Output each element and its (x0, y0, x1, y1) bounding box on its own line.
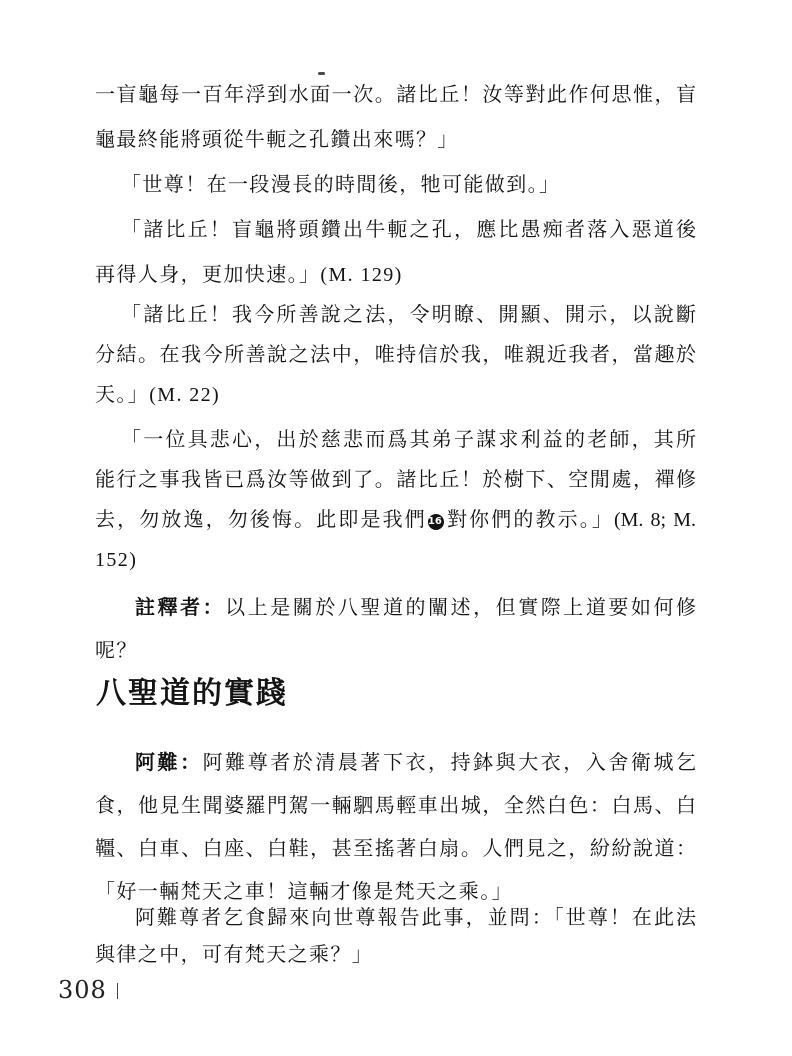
scan-artifact-dot (318, 72, 325, 75)
body-line: 「一位具悲心，出於慈悲而爲其弟子謀求利益的老師，其所 (95, 425, 696, 455)
body-text: 以上是關於八聖道的闡述，但實際上道要如何修 (225, 597, 696, 619)
footnote-marker-16: 16 (428, 514, 444, 530)
body-line: 能行之事我皆已爲汝等做到了。諸比丘！於樹下、空閒處，禪修 (95, 465, 696, 495)
body-line: 註釋者：以上是關於八聖道的闡述，但實際上道要如何修 (95, 593, 696, 623)
speaker-label-commentator: 註釋者： (135, 597, 225, 619)
body-line: 呢？ (95, 636, 696, 666)
body-line-with-citation: 天。」(M. 22) (95, 380, 696, 410)
book-page: 一盲龜每一百年浮到水面一次。諸比丘！汝等對此作何思惟，盲 龜最終能將頭從牛軛之孔… (0, 0, 792, 1056)
body-line: 阿難：阿難尊者於清晨著下衣，持鉢與大衣，入舍衛城乞 (95, 748, 696, 778)
page-number: 308 (58, 976, 107, 1004)
body-line: 去，勿放逸，勿後悔。此即是我們16對你們的教示。」(M. 8; M. (95, 505, 696, 535)
speaker-label-ananda: 阿難： (135, 752, 203, 774)
body-text: 阿難尊者於清晨著下衣，持鉢與大衣，入舍衛城乞 (203, 752, 696, 774)
page-number-block: 308 (58, 976, 118, 1004)
body-line: 分結。在我今所善說之法中，唯持信於我，唯親近我者，當趣於 (95, 340, 696, 370)
body-line: 「諸比丘！我今所善說之法，令明瞭、開顯、開示，以說斷 (95, 300, 696, 330)
body-text: 去，勿放逸，勿後悔。此即是我們 (95, 509, 427, 531)
body-line: 龜最終能將頭從牛軛之孔鑽出來嗎？」 (95, 125, 696, 155)
body-line: 「世尊！在一段漫長的時間後，牠可能做到。」 (95, 170, 696, 200)
page-number-divider (117, 983, 118, 999)
body-text-with-citation: 對你們的教示。」(M. 8; M. (445, 509, 696, 531)
body-line: 一盲龜每一百年浮到水面一次。諸比丘！汝等對此作何思惟，盲 (95, 80, 696, 110)
body-line: 與律之中，可有梵天之乘？」 (95, 940, 696, 970)
body-line: 韁、白車、白座、白鞋，甚至搖著白扇。人們見之，紛紛說道： (95, 834, 696, 864)
body-line-with-citation: 再得人身，更加快速。」(M. 129) (95, 260, 696, 290)
section-heading: 八聖道的實踐 (96, 676, 288, 712)
body-line: 食，他見生聞婆羅門駕一輛駟馬輕車出城，全然白色：白馬、白 (95, 791, 696, 821)
citation-continuation: 152) (95, 545, 696, 575)
body-line: 「諸比丘！盲龜將頭鑽出牛軛之孔，應比愚痴者落入惡道後 (95, 215, 696, 245)
body-line: 阿難尊者乞食歸來向世尊報告此事，並問：「世尊！在此法 (95, 903, 696, 933)
